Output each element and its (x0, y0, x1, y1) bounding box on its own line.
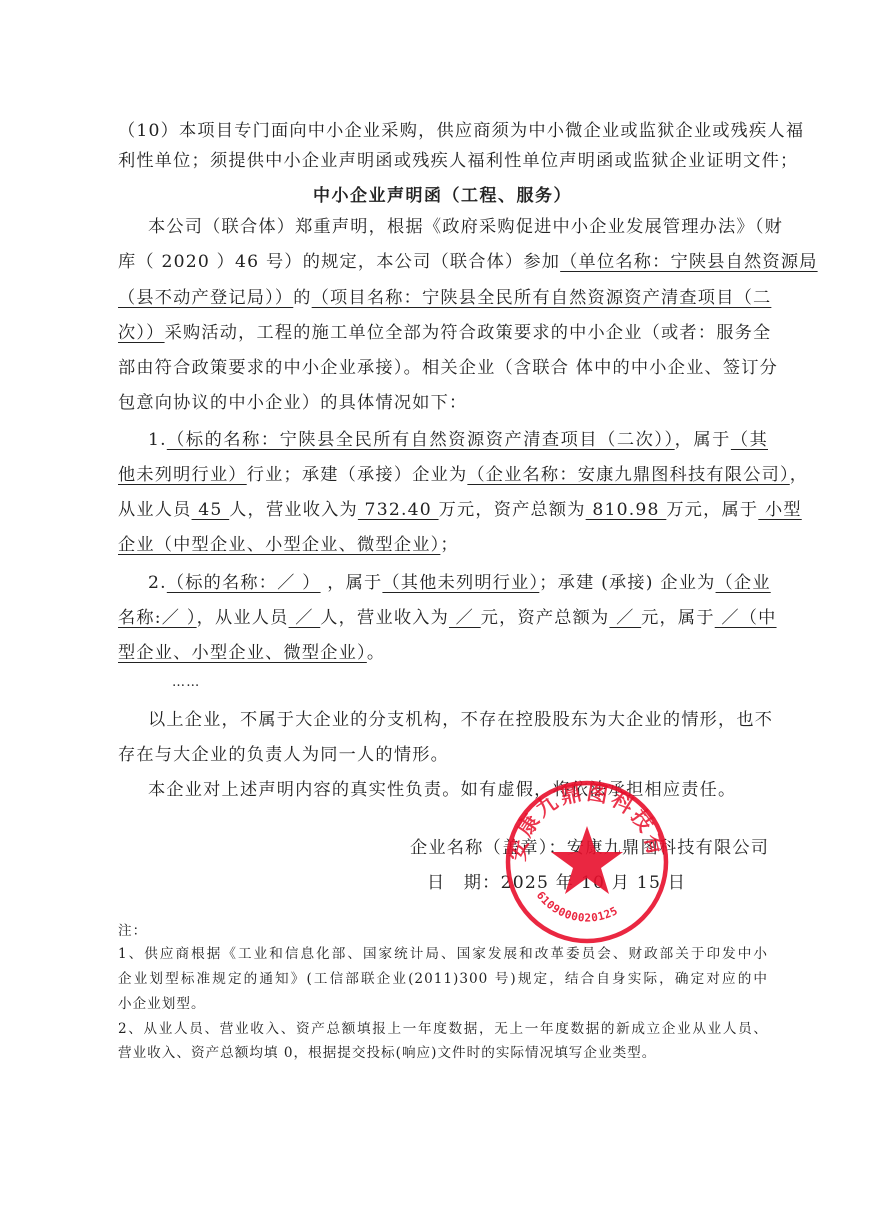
item-text: ； (440, 535, 458, 555)
intro-line-2: 利性单位；须提供中小企业声明函或残疾人福利性单位声明函或监狱企业证明文件； (118, 150, 768, 172)
declaration-text: 库（ 2020 ）46 号）的规定，本公司（联合体）参加 (118, 252, 560, 272)
ellipsis: …… (172, 672, 272, 694)
declaration-line-2: 库（ 2020 ）46 号）的规定，本公司（联合体）参加（单位名称：宁陕县自然资… (118, 251, 768, 273)
item-text: ，属于 (321, 573, 383, 593)
note-2-line-1: 2、从业人员、营业收入、资产总额填报上一年度数据，无上一年度数据的新成立企业从业… (118, 1020, 768, 1038)
declaration-line-3: （县不动产登记局））的（项目名称：宁陕县全民所有自然资源资产清查项目（二 (118, 287, 768, 309)
item-text: ， (790, 465, 808, 485)
project-name-field: （项目名称：宁陕县全民所有自然资源资产清查项目（二 (312, 288, 772, 308)
declaration-line-4: 次））采购活动，工程的施工单位全部为符合政策要求的中小企业（或者：服务全 (118, 322, 768, 344)
signature-company-name: 安康九鼎图科技有限公司 (567, 838, 769, 858)
item-2-assets: ／ (609, 608, 641, 628)
item-2-company-cont: 名称:／ ） (118, 608, 197, 628)
note-1-line-2: 企业划型标准规定的通知》(工信部联企业(2011)300 号)规定，结合自身实际… (118, 970, 768, 988)
unit-name-field: （单位名称：宁陕县自然资源局 (560, 252, 817, 272)
item-2-enterprise-type: ／（中 (715, 608, 777, 628)
unit-name-field-cont: （县不动产登记局）） (118, 288, 293, 308)
signature-company-label: 企业名称（盖章）： (410, 838, 567, 858)
document-page: （10）本项目专门面向中小企业采购，供应商须为中小微企业或监狱企业或残疾人福 利… (0, 0, 885, 1230)
item-2-subject: （标的名称：／ ） (167, 573, 321, 593)
item-1-revenue: 732.40 (358, 500, 439, 520)
item-2-enterprise-type-cont: 型企业、小型企业、微型企业） (118, 643, 367, 663)
item-1-line-2: 他未列明行业）行业；承建（承接）企业为（企业名称：安康九鼎图科技有限公司）， (118, 464, 768, 486)
declaration-line-5: 部由符合政策要求的中小企业承接）。相关企业（含联合 体中的中小企业、签订分 (118, 357, 768, 379)
item-text: 人，营业收入为 (229, 500, 358, 520)
item-2-industry: （其他未列明行业） (382, 573, 539, 593)
item-1-industry: （其 (731, 430, 768, 450)
svg-text:6109000020125: 6109000020125 (534, 889, 620, 925)
declaration-text: 的 (293, 288, 311, 308)
item-text: 元，属于 (641, 608, 715, 628)
item-text: 万元，资产总额为 (439, 500, 586, 520)
item-2-company: （企业 (716, 573, 771, 593)
item-text: 行业；承建（承接）企业为 (247, 465, 468, 485)
item-1-enterprise-type: 小型 (758, 500, 801, 520)
item-text: 人，营业收入为 (320, 608, 449, 628)
item-text: 。 (367, 643, 385, 663)
item-1-industry-cont: 他未列明行业） (118, 465, 247, 485)
item-1-employees: 45 (192, 500, 230, 520)
declaration-line-1: 本公司（联合体）郑重声明，根据《政府采购促进中小企业发展管理办法》（财 (148, 216, 768, 238)
item-text: ，属于 (675, 430, 731, 450)
item-1-line-1: 1.（标的名称：宁陕县全民所有自然资源资产清查项目（二次）），属于（其 (148, 429, 768, 451)
seal-code: 6109000020125 (534, 889, 620, 925)
item-2-employees: ／ (289, 608, 321, 628)
note-1-line-1: 1、供应商根据《工业和信息化部、国家统计局、国家发展和改革委员会、财政部关于印发… (118, 945, 768, 963)
item-text: 从业人员 (118, 500, 192, 520)
item-1-company: （企业名称：安康九鼎图科技有限公司） (467, 465, 789, 485)
item-2-revenue: ／ (449, 608, 481, 628)
declaration-text: 采购活动，工程的施工单位全部为符合政策要求的中小企业（或者：服务全 (165, 323, 772, 343)
company-seal-icon: 安康九鼎图科技有限公司 6109000020125 (503, 778, 671, 946)
item-1-assets: 810.98 (586, 500, 667, 520)
signature-date: 2025 年 10 月 15 日 (501, 873, 687, 893)
item-text: 万元，属于 (666, 500, 758, 520)
note-1-line-3: 小企业划型。 (118, 995, 768, 1013)
signature-date-line: 日 期：2025 年 10 月 15 日 (427, 872, 727, 894)
signature-date-label: 日 期： (427, 873, 501, 893)
closing-line-2: 存在与大企业的负责人为同一人的情形。 (118, 744, 768, 766)
item-number: 2. (148, 573, 167, 593)
closing-line-1: 以上企业，不属于大企业的分支机构，不存在控股股东为大企业的情形，也不 (148, 709, 768, 731)
closing-line-3: 本企业对上述声明内容的真实性负责。如有虚假，将依法承担相应责任。 (148, 779, 798, 801)
item-number: 1. (148, 430, 167, 450)
item-2-line-2: 名称:／ ），从业人员 ／ 人，营业收入为 ／ 元，资产总额为 ／ 元，属于 ／… (118, 607, 768, 629)
intro-line-1: （10）本项目专门面向中小企业采购，供应商须为中小微企业或监狱企业或残疾人福 (118, 120, 768, 142)
declaration-line-6: 包意向协议的中小企业）的具体情况如下： (118, 392, 768, 414)
item-1-line-3: 从业人员 45 人，营业收入为 732.40 万元，资产总额为 810.98 万… (118, 499, 768, 521)
project-name-field-cont: 次）） (118, 323, 165, 343)
item-text: ，从业人员 (197, 608, 289, 628)
note-2-line-2: 营业收入、资产总额均填 0，根据提交投标(响应)文件时的实际情况填写企业类型。 (118, 1044, 768, 1062)
item-1-enterprise-type-cont: 企业（中型企业、小型企业、微型企业） (118, 535, 440, 555)
item-text: ；承建 (承接) 企业为 (539, 573, 715, 593)
item-2-line-3: 型企业、小型企业、微型企业）。 (118, 642, 768, 664)
notes-heading: 注： (118, 922, 768, 940)
item-1-subject: （标的名称：宁陕县全民所有自然资源资产清查项目（二次）） (167, 430, 675, 450)
item-2-line-1: 2.（标的名称：／ ） ，属于（其他未列明行业）；承建 (承接) 企业为（企业 (148, 572, 768, 594)
signature-company-line: 企业名称（盖章）：安康九鼎图科技有限公司 (410, 837, 770, 859)
item-text: 元，资产总额为 (481, 608, 610, 628)
item-1-line-4: 企业（中型企业、小型企业、微型企业）； (118, 534, 768, 556)
page-title: 中小企业声明函（工程、服务） (0, 181, 885, 206)
